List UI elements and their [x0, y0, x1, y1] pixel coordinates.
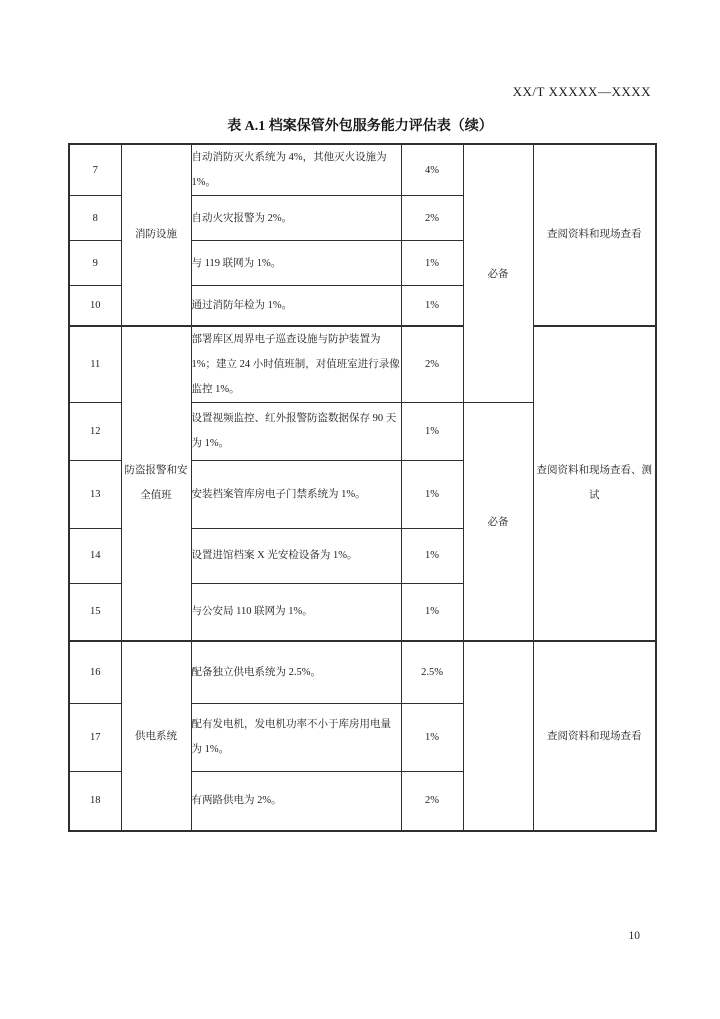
row-number: 13: [69, 460, 121, 528]
method-cell: 查阅资料和现场查看: [533, 144, 656, 326]
score-value: 1%: [401, 528, 463, 583]
row-number: 7: [69, 144, 121, 196]
row-number: 18: [69, 771, 121, 831]
score-value: 2.5%: [401, 641, 463, 703]
score-value: 1%: [401, 286, 463, 326]
evaluation-table: 7 消防设施 自动消防灭火系统为 4%，其他灭火设施为 1%。 4% 必备 查阅…: [68, 143, 657, 832]
score-value: 2%: [401, 771, 463, 831]
row-number: 15: [69, 583, 121, 641]
document-code: XX/T XXXXX—XXXX: [513, 84, 651, 100]
score-value: 2%: [401, 196, 463, 241]
score-value: 2%: [401, 326, 463, 403]
required-cell-empty: [463, 641, 533, 831]
table-row: 11 防盗报警和安 全值班 部署库区周界电子巡查设施与防护装置为 1%；建立 2…: [69, 326, 656, 403]
criteria-text: 设置进馆档案 X 光安检设备为 1%。: [191, 528, 401, 583]
method-cell: 查阅资料和现场查看、测 试: [533, 326, 656, 642]
required-cell: 必备: [463, 402, 533, 641]
criteria-text: 配有发电机，发电机功率不小于库房用电量为 1%。: [191, 703, 401, 771]
criteria-text: 配备独立供电系统为 2.5%。: [191, 641, 401, 703]
table-row: 16 供电系统 配备独立供电系统为 2.5%。 2.5% 查阅资料和现场查看: [69, 641, 656, 703]
criteria-text: 安装档案管库房电子门禁系统为 1%。: [191, 460, 401, 528]
score-value: 1%: [401, 460, 463, 528]
category-fire-facilities: 消防设施: [121, 144, 191, 326]
criteria-text: 通过消防年检为 1%。: [191, 286, 401, 326]
table-row: 7 消防设施 自动消防灭火系统为 4%，其他灭火设施为 1%。 4% 必备 查阅…: [69, 144, 656, 196]
score-value: 1%: [401, 402, 463, 460]
criteria-text: 有两路供电为 2%。: [191, 771, 401, 831]
criteria-text: 设置视频监控、红外报警防盗数据保存 90 天为 1%。: [191, 402, 401, 460]
criteria-text: 部署库区周界电子巡查设施与防护装置为 1%；建立 24 小时值班制，对值班室进行…: [191, 326, 401, 403]
score-value: 4%: [401, 144, 463, 196]
method-cell: 查阅资料和现场查看: [533, 641, 656, 831]
row-number: 17: [69, 703, 121, 771]
score-value: 1%: [401, 583, 463, 641]
required-cell: 必备: [463, 144, 533, 402]
row-number: 14: [69, 528, 121, 583]
page-number: 10: [629, 930, 641, 942]
criteria-text: 自动火灾报警为 2%。: [191, 196, 401, 241]
criteria-text: 自动消防灭火系统为 4%，其他灭火设施为 1%。: [191, 144, 401, 196]
row-number: 12: [69, 402, 121, 460]
row-number: 10: [69, 286, 121, 326]
row-number: 9: [69, 241, 121, 286]
table-title: 表 A.1 档案保管外包服务能力评估表（续）: [0, 115, 720, 135]
row-number: 11: [69, 326, 121, 403]
criteria-text: 与 119 联网为 1%。: [191, 241, 401, 286]
category-anti-theft-alarm: 防盗报警和安 全值班: [121, 326, 191, 642]
criteria-text: 与公安局 110 联网为 1%。: [191, 583, 401, 641]
category-power-supply: 供电系统: [121, 641, 191, 831]
row-number: 8: [69, 196, 121, 241]
score-value: 1%: [401, 703, 463, 771]
row-number: 16: [69, 641, 121, 703]
score-value: 1%: [401, 241, 463, 286]
